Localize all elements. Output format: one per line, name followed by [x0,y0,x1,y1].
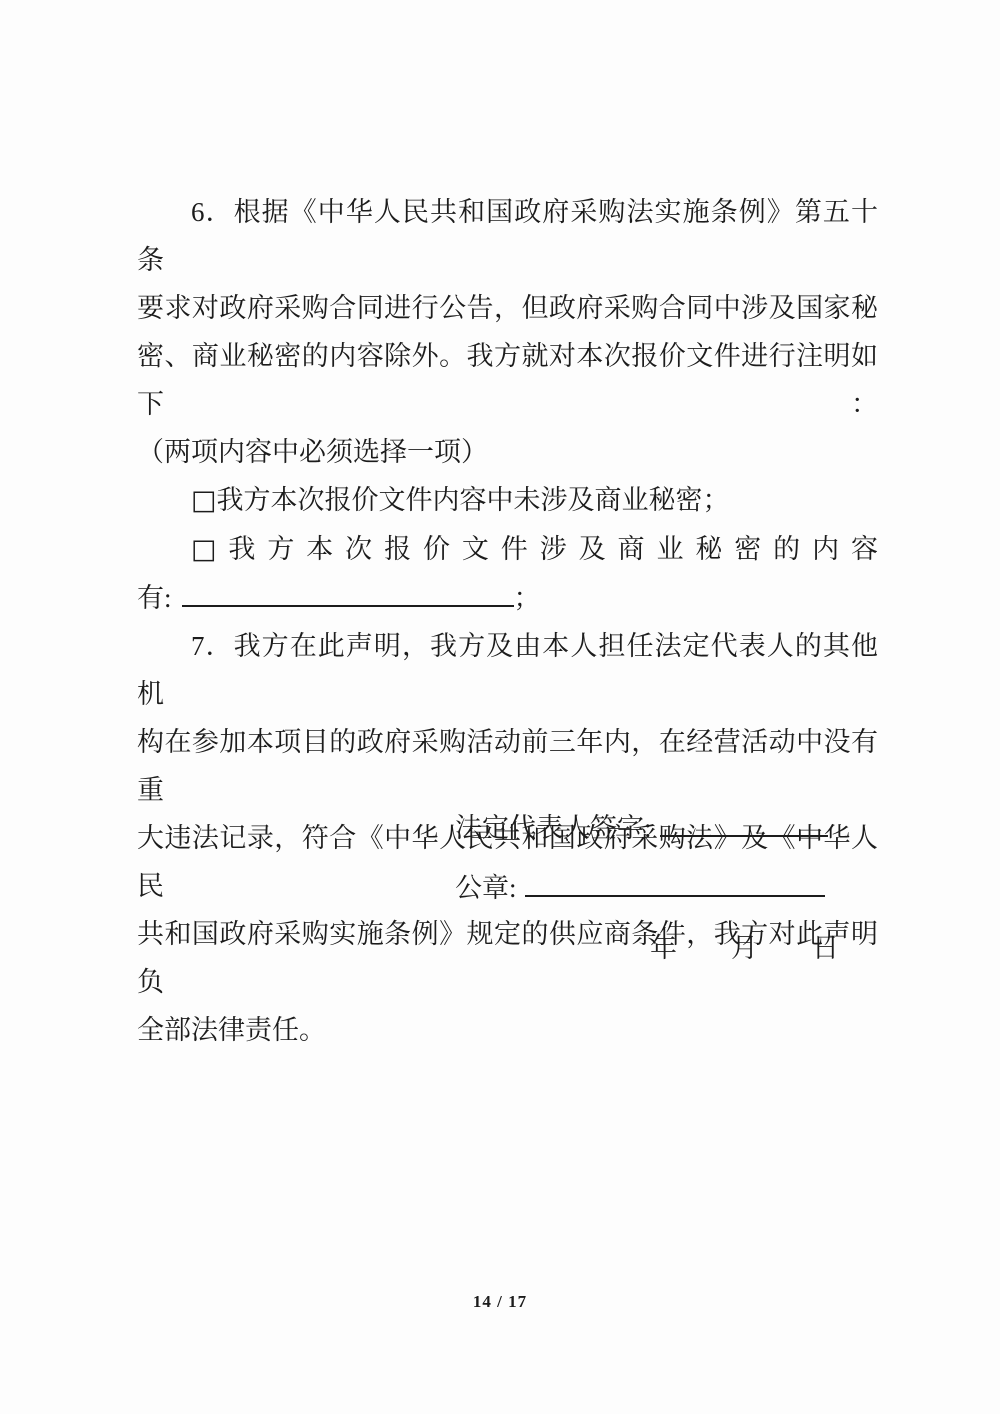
page-number: 14 / 17 [0,1292,1000,1312]
official-seal-label: 公章: [455,873,517,903]
checkbox-icon[interactable]: □ [191,485,217,516]
option-no-trade-secret-label: 我方本次报价文件内容中未涉及商业秘密； [217,485,730,515]
paragraph-6-note: （两项内容中必须选择一项） [137,428,878,476]
signature-block: 法定代表人签字: 公章: 年 月 日 [455,798,875,978]
fill-in-blank[interactable] [182,577,514,607]
paragraph-6-line-3: 密、商业秘密的内容除外。我方就对本次报价文件进行注明如下： [137,332,878,428]
date-line: 年 月 日 [650,918,875,978]
paragraph-6-line-2: 要求对政府采购合同进行公告，但政府采购合同中涉及国家秘 [137,284,878,332]
legal-rep-signature-row: 法定代表人签字: [455,798,875,858]
checkbox-icon[interactable]: □ [191,534,228,565]
checkbox-option-has-trade-secret: □我方本次报价文件涉及商业秘密的内容 [137,525,878,574]
trade-secret-content-line: 有:； [137,574,878,622]
paragraph-6-line-1: 6．根据《中华人民共和国政府采购法实施条例》第五十条 [137,188,878,284]
official-seal-row: 公章: [455,858,875,918]
legal-rep-signature-line[interactable] [660,807,828,837]
option-has-trade-secret-label: 我方本次报价文件涉及商业秘密的内容 [228,534,878,564]
paragraph-7-line-1: 7．我方在此声明，我方及由本人担任法定代表人的其他机 [137,622,878,718]
checkbox-option-no-trade-secret: □我方本次报价文件内容中未涉及商业秘密； [137,476,878,525]
paragraph-7-line-5: 全部法律责任。 [137,1006,878,1054]
blank-suffix-label: ； [514,583,541,613]
document-page: 6．根据《中华人民共和国政府采购法实施条例》第五十条 要求对政府采购合同进行公告… [0,0,1000,1414]
official-seal-line[interactable] [525,867,825,897]
legal-rep-signature-label: 法定代表人签字: [455,813,652,843]
blank-prefix-label: 有: [137,583,172,613]
